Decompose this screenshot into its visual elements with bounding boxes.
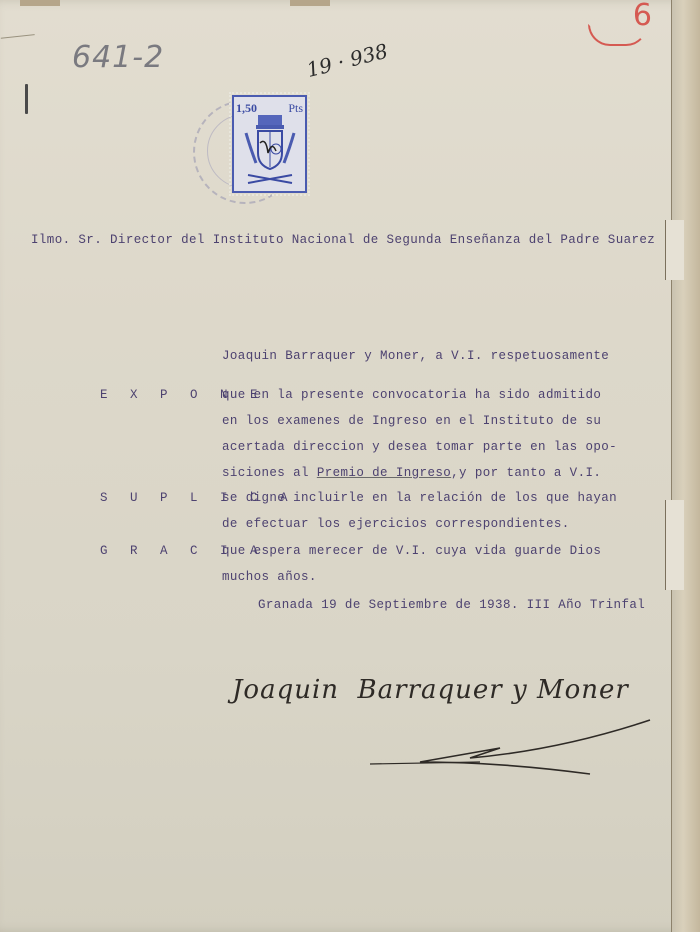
torn-edge bbox=[665, 220, 684, 280]
expone-line: siciones al Premio de Ingreso,y por tant… bbox=[222, 466, 601, 480]
page-number-arc bbox=[588, 24, 648, 46]
stamp-cancellation-date: 19 · 938 bbox=[304, 39, 390, 82]
expone-line: en los examenes de Ingreso en el Institu… bbox=[222, 414, 601, 428]
reference-number: 641-2 bbox=[72, 40, 164, 75]
document-page: 641-2 6 1,50 Pts 19 · 938 Ilmo. Sr. Dire… bbox=[0, 0, 690, 932]
coat-of-arms-icon bbox=[242, 113, 298, 187]
suplica-line: de efectuar los ejercicios correspondien… bbox=[222, 517, 570, 531]
place-date-line: Granada 19 de Septiembre de 1938. III Añ… bbox=[258, 598, 645, 612]
corner-fold bbox=[0, 20, 35, 38]
underlined-phrase: Premio de Ingreso bbox=[317, 466, 451, 480]
suplica-line: se digne incluirle en la relación de los… bbox=[222, 491, 617, 505]
expone-line: que en la presente convocatoria ha sido … bbox=[222, 388, 601, 402]
torn-edge bbox=[665, 500, 684, 590]
margin-mark bbox=[25, 84, 28, 114]
gracia-line: muchos años. bbox=[222, 570, 317, 584]
top-paper-edge bbox=[290, 0, 330, 6]
expone-line: acertada direccion y desea tomar parte e… bbox=[222, 440, 617, 454]
top-paper-edge bbox=[20, 0, 60, 6]
text-fragment: siciones al bbox=[222, 466, 317, 480]
revenue-stamp: 1,50 Pts bbox=[232, 95, 307, 193]
addressee-line: Ilmo. Sr. Director del Instituto Naciona… bbox=[31, 233, 655, 247]
gracia-line: que espera merecer de V.I. cuya vida gua… bbox=[222, 544, 601, 558]
signature-flourish-icon bbox=[360, 700, 670, 790]
page-stack-edge bbox=[671, 0, 700, 932]
petitioner-line: Joaquin Barraquer y Moner, a V.I. respet… bbox=[222, 349, 609, 363]
text-fragment: ,y por tanto a V.I. bbox=[451, 466, 601, 480]
